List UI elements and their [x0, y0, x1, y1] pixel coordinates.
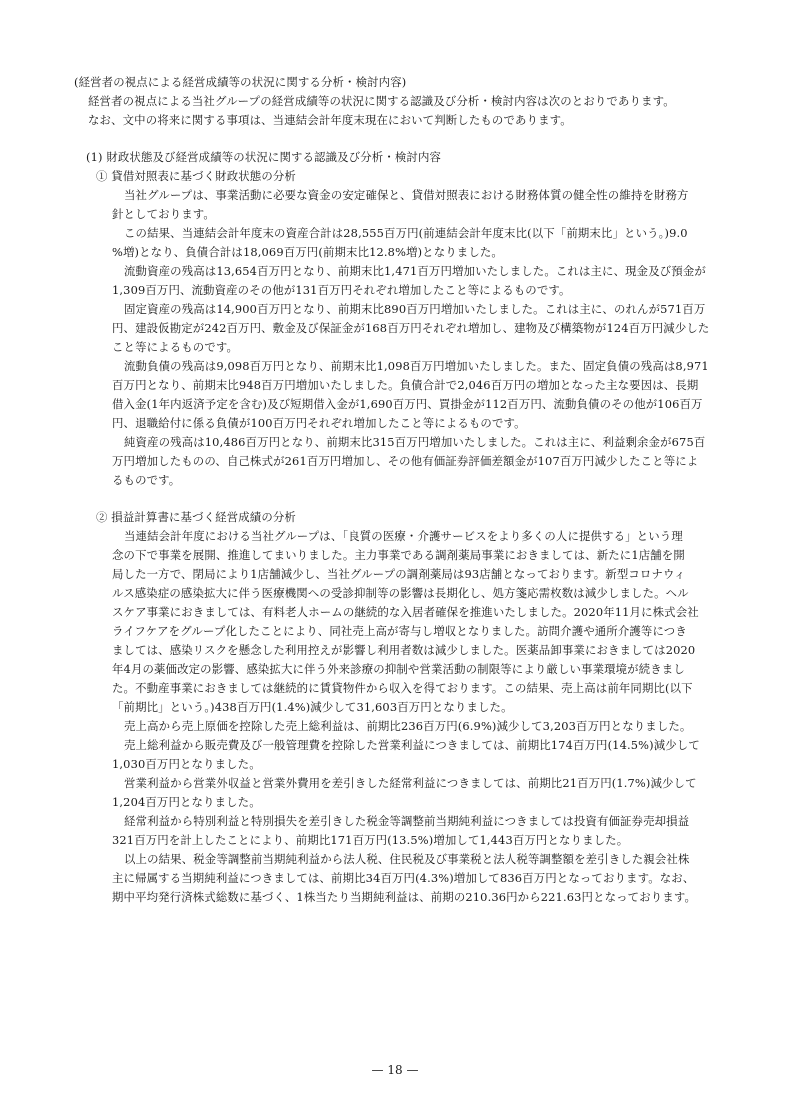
paragraph-line: ルス感染症の感染拡大に伴う医療機関への受診抑制等の影響は長期化し、処方箋応需枚数… [112, 586, 689, 600]
paragraph-line: 1,309百万円、流動資産のその他が131百万円それぞれ増加したこと等によるもの… [112, 283, 571, 297]
paragraph-line: %増)となり、負債合計は18,069百万円(前期末比12.8%増)となりました。 [112, 245, 503, 259]
document-page: (経営者の視点による経営成績等の状況に関する分析・検討内容) 経営者の視点による… [0, 0, 790, 1117]
paragraph-line: ましては、感染リスクを懸念した利用控えが影響し利用者数は減少しました。医薬品卸事… [112, 643, 695, 657]
paragraph-line: 経常利益から特別利益と特別損失を差引きした税金等調整前当期純利益につきましては投… [124, 814, 689, 828]
paragraph-line: 念の下で事業を展開、推進してまいりました。主力事業である調剤薬局事業におきまして… [112, 548, 685, 562]
paragraph-line: 以上の結果、税金等調整前当期純利益から法人税、住民税及び事業税と法人税等調整額を… [124, 852, 690, 866]
page-number: — 18 — [0, 1063, 790, 1077]
paragraph-line: 流動負債の残高は9,098百万円となり、前期末比1,098百万円増加いたしました… [124, 359, 709, 373]
paragraph-line: 売上高から売上原価を控除した売上総利益は、前期比236百万円(6.9%)減少して… [124, 719, 691, 733]
paragraph-line: た。不動産事業におきましては継続的に賃貸物件から収入を得ております。この結果、売… [112, 681, 693, 695]
paragraph-line: 借入金(1年内返済予定を含む)及び短期借入金が1,690百万円、買掛金が112百… [112, 397, 703, 411]
paragraph-line: 売上総利益から販売費及び一般管理費を控除した営業利益につきましては、前期比174… [124, 738, 700, 752]
section-1-title: (1) 財政状態及び経営成績等の状況に関する認識及び分析・検討内容 [86, 150, 441, 164]
paragraph-line: この結果、当連結会計年度末の資産合計は28,555百万円(前連結会計年度末比(以… [124, 226, 688, 240]
paragraph-line: 1,204百万円となりました。 [112, 795, 261, 809]
paragraph-line: 主に帰属する当期純利益につきましては、前期比34百万円(4.3%)増加して836… [112, 871, 694, 885]
paragraph-line: 百万円となり、前期末比948百万円増加いたしました。負債合計で2,046百万円の… [112, 378, 698, 392]
paragraph-line: 万円増加したものの、自己株式が261百万円増加し、その他有価証券評価差額金が10… [112, 454, 698, 468]
paragraph-line: 純資産の残高は10,486百万円となり、前期末比315百万円増加いたしました。こ… [124, 435, 705, 449]
paragraph-line: 固定資産の残高は14,900百万円となり、前期末比890百万円増加いたしました。… [124, 302, 705, 316]
paragraph-line: るものです。 [112, 473, 180, 487]
intro-line: 経営者の視点による当社グループの経営成績等の状況に関する認識及び分析・検討内容は… [88, 94, 675, 108]
paragraph-line: ライフケアをグループ化したことにより、同社売上高が寄与し増収となりました。訪問介… [112, 624, 687, 638]
paragraph-line: 321百万円を計上したことにより、前期比171百万円(13.5%)増加して1,4… [112, 833, 628, 847]
paragraph-line: 「前期比」という。)438百万円(1.4%)減少して31,603百万円となりまし… [112, 700, 513, 714]
subsection-1-title: ① 貸借対照表に基づく財政状態の分析 [96, 169, 296, 183]
paragraph-line: 針としております。 [112, 207, 215, 221]
paragraph-line: 営業利益から営業外収益と営業外費用を差引きした経常利益につきましては、前期比21… [124, 776, 697, 790]
subsection-2-title: ② 損益計算書に基づく経営成績の分析 [96, 510, 296, 524]
section-heading: (経営者の視点による経営成績等の状況に関する分析・検討内容) [74, 75, 406, 89]
paragraph-line: スケア事業におきましては、有料老人ホームの継続的な入居者確保を推進いたしました。… [112, 605, 699, 619]
paragraph-line: 1,030百万円となりました。 [112, 757, 261, 771]
paragraph-line: 円、退職給付に係る負債が100百万円それぞれ増加したこと等によるものです。 [112, 416, 526, 430]
paragraph-line: 円、建設仮勘定が242百万円、敷金及び保証金が168百万円それぞれ増加し、建物及… [112, 321, 709, 335]
paragraph-line: こと等によるものです。 [112, 340, 238, 354]
paragraph-line: 当社グループは、事業活動に必要な資金の安定確保と、貸借対照表における財務体質の健… [124, 188, 689, 202]
intro-line: なお、文中の将来に関する事項は、当連結会計年度末現在において判断したものでありま… [88, 113, 572, 127]
paragraph-line: 当連結会計年度における当社グループは、「良質の医療・介護サービスをより多くの人に… [124, 529, 683, 543]
paragraph-line: 流動資産の残高は13,654百万円となり、前期末比1,471百万円増加いたしまし… [124, 264, 706, 278]
paragraph-line: 期中平均発行済株式総数に基づく、1株当たり当期純利益は、前期の210.36円から… [112, 890, 696, 904]
paragraph-line: 局した一方で、閉局により1店舗減少し、当社グループの調剤薬局は93店舗となってお… [112, 567, 685, 581]
paragraph-line: 年4月の薬価改定の影響、感染拡大に伴う外来診療の抑制や営業活動の制限等により厳し… [112, 662, 685, 676]
